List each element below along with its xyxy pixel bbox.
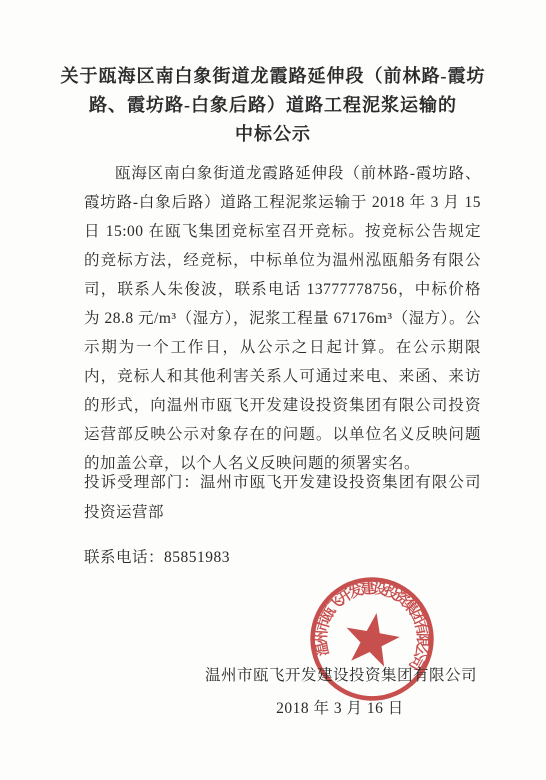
body-paragraph: 瓯海区南白象街道龙霞路延伸段（前林路-霞坊路、霞坊路-白象后路）道路工程泥浆运输… [84,159,481,478]
signature-company: 温州市瓯飞开发建设投资集团有限公司 [205,663,475,685]
title-line-3: 中标公示 [45,120,501,149]
signature-date: 2018 年 3 月 16 日 [205,696,475,718]
signature-block: 温州市瓯飞开发建设投资集团有限公司 2018 年 3 月 16 日 [205,663,475,718]
seal-text-path [323,586,425,669]
complaint-department-line: 投诉受理部门：温州市瓯飞开发建设投资集团有限公司投资运营部 [84,468,481,528]
title-line-1: 关于瓯海区南白象街道龙霞路延伸段（前林路-霞坊 [45,62,501,91]
title-line-2: 路、霞坊路-白象后路）道路工程泥浆运输的 [45,91,501,120]
document-page: 关于瓯海区南白象街道龙霞路延伸段（前林路-霞坊 路、霞坊路-白象后路）道路工程泥… [0,0,546,780]
seal-star-icon [341,608,403,668]
seal-ring-text: 温州市瓯飞开发建设投资集团有限公司 [308,570,442,678]
contact-phone-line: 联系电话：85851983 [84,545,230,567]
document-title: 关于瓯海区南白象街道龙霞路延伸段（前林路-霞坊 路、霞坊路-白象后路）道路工程泥… [45,62,501,149]
